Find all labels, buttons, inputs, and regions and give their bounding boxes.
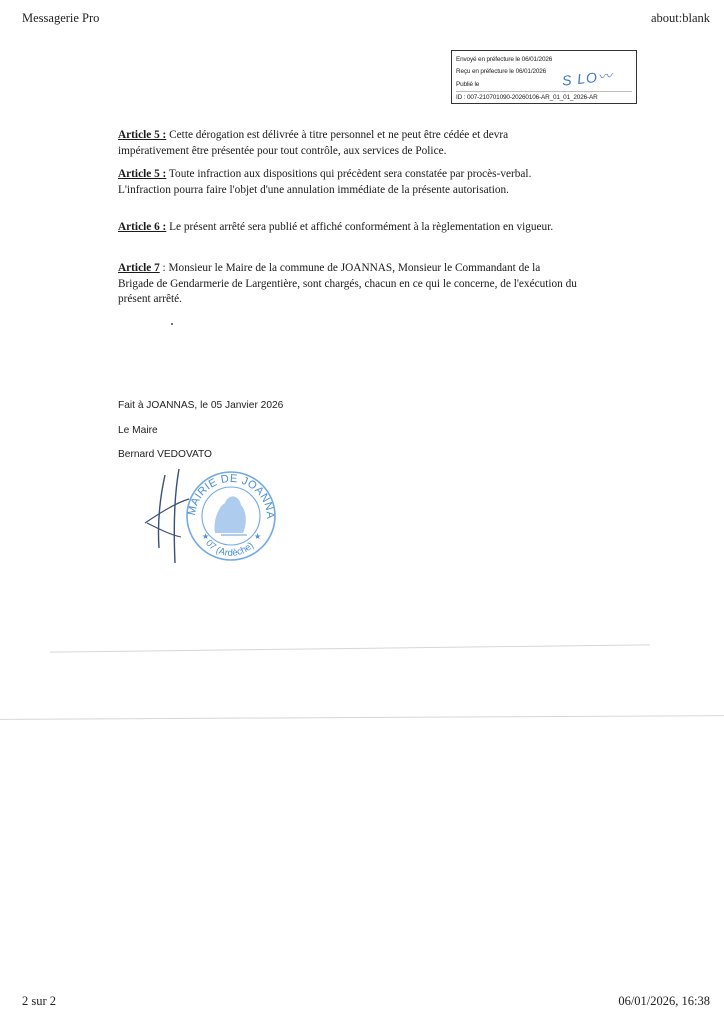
article-label: Article 7 (118, 262, 160, 274)
svg-text:★: ★ (254, 532, 261, 541)
print-header-title: Messagerie Pro (22, 11, 99, 26)
article-text: : Monsieur le Maire de la commune de JOA… (118, 262, 577, 305)
initials-text: S LO (561, 69, 598, 89)
mairie-seal-icon: MAIRIE DE JOANNAS 07 (Ardèche) ★ ★ (135, 463, 280, 568)
scan-artifact-line (0, 715, 724, 720)
article-label: Article 5 : (118, 129, 166, 141)
squiggle-icon: 〰 (597, 67, 614, 84)
article-5a: Article 5 : Cette dérogation est délivré… (118, 128, 578, 159)
article-text: Toute infraction aux dispositions qui pr… (118, 168, 531, 196)
print-footer-page: 2 sur 2 (22, 994, 56, 1009)
stamp-sent-date: Envoyé en préfecture le 06/01/2026 (456, 54, 636, 66)
signatory-role: Le Maire (118, 425, 158, 436)
article-label: Article 6 : (118, 221, 166, 233)
stamp-id: ID : 007-210701090-20260106-AR_01_01_202… (456, 91, 632, 104)
scan-artifact-line (50, 644, 650, 652)
print-header-url: about:blank (651, 11, 710, 26)
svg-text:★: ★ (202, 532, 209, 541)
article-text: Le présent arrêté sera publié et affiché… (166, 221, 553, 233)
article-7: Article 7 : Monsieur le Maire de la comm… (118, 261, 578, 308)
signatory-name: Bernard VEDOVATO (118, 449, 212, 460)
stray-mark (171, 323, 173, 325)
seal-top-text: MAIRIE DE JOANNAS (135, 463, 276, 520)
article-6: Article 6 : Le présent arrêté sera publi… (118, 220, 578, 236)
article-text: Cette dérogation est délivrée à titre pe… (118, 129, 508, 157)
article-5b: Article 5 : Toute infraction aux disposi… (118, 167, 578, 198)
svg-text:MAIRIE DE JOANNAS: MAIRIE DE JOANNAS (135, 463, 276, 520)
place-date: Fait à JOANNAS, le 05 Janvier 2026 (118, 400, 283, 411)
print-footer-datetime: 06/01/2026, 16:38 (618, 994, 710, 1009)
article-label: Article 5 : (118, 168, 166, 180)
